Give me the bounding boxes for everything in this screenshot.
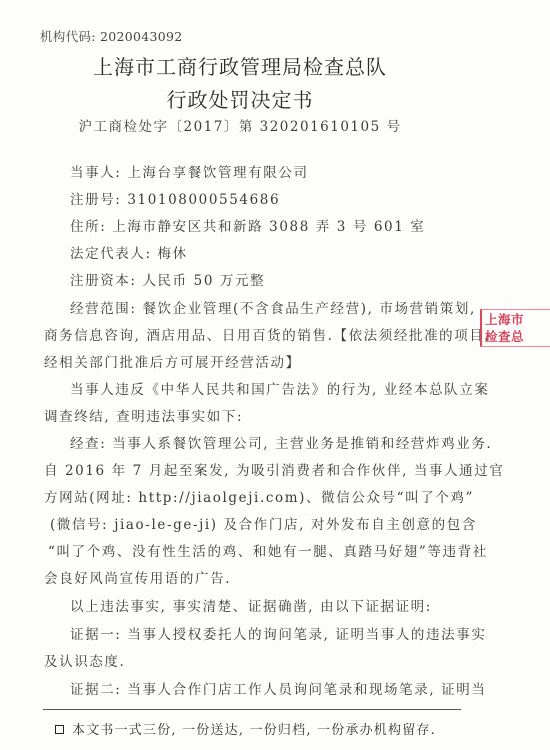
footnote: 本文书一式三份, 一份送达, 一份归档, 一份承办机构留存. <box>55 719 436 738</box>
document-number: 沪工商检处字〔2017〕第 320201610105 号 <box>0 115 480 135</box>
issuer-title: 上海市工商行政管理局检查总队 <box>0 51 480 80</box>
body-line: 自 2016 年 7 月起至案发, 为吸引消费者和合作伙伴, 当事人通过官 <box>44 459 504 479</box>
body-line: 及认识态度. <box>44 650 125 670</box>
body-line: 以上违法事实, 事实清楚、证据确凿, 由以下证据证明: <box>70 595 432 615</box>
footnote-text: 本文书一式三份, 一份送达, 一份归档, 一份承办机构留存. <box>72 723 436 738</box>
body-line: 证据二: 当事人合作门店工作人员询问笔录和现场笔录, 证明当 <box>70 678 486 698</box>
body-line: (微信号: jiao-le-ge-ji) 及合作门店, 对外发布自主创意的包含 <box>50 513 477 533</box>
party-address: 住所: 上海市静安区共和新路 3088 弄 3 号 601 室 <box>70 215 425 235</box>
org-code: 机构代码: 2020043092 <box>40 27 183 45</box>
footer-divider <box>43 709 461 710</box>
body-line: 方网站(网址: http://jiaolgeji.com)、微信公众号“叫了个鸡… <box>44 486 474 506</box>
document-title: 行政处罚决定书 <box>0 84 480 113</box>
stamp-line: 上海市 <box>485 311 550 328</box>
body-line: 经营范围: 餐饮企业管理(不含食品生产经营), 市场营销策划, <box>70 297 476 317</box>
party-name: 当事人: 上海台享餐饮管理有限公司 <box>70 161 309 181</box>
stamp-line: 检查总 <box>485 328 550 345</box>
body-line: 会良好风尚宣传用语的广告. <box>44 567 231 587</box>
official-seal-stamp: 上海市 检查总 <box>480 309 550 347</box>
body-line: 商务信息咨询, 酒店用品、日用百货的销售.【依法须经批准的项目, <box>44 324 490 344</box>
document-page: 机构代码: 2020043092 上海市工商行政管理局检查总队 行政处罚决定书 … <box>0 0 550 750</box>
registration-number: 注册号: 310108000554686 <box>70 188 280 208</box>
square-bullet-icon <box>55 725 64 734</box>
body-line: 经查: 当事人系餐饮管理公司, 主营业务是推销和经营炸鸡业务. <box>70 432 492 452</box>
registered-capital: 注册资本: 人民币 50 万元整 <box>70 269 265 289</box>
body-line: 当事人违反《中华人民共和国广告法》的行为, 业经本总队立案 <box>70 378 489 398</box>
body-line: “叫了个鸡、没有性生活的鸡、和她有一腿、真踏马好翅”等违背社 <box>48 540 488 560</box>
legal-representative: 法定代表人: 梅休 <box>70 242 188 262</box>
body-line: 经相关部门批准后方可展开经营活动】 <box>44 351 301 371</box>
body-line: 调查终结, 查明违法事实如下: <box>44 405 243 425</box>
body-line: 证据一: 当事人授权委托人的询问笔录, 证明当事人的违法事实 <box>70 623 486 643</box>
